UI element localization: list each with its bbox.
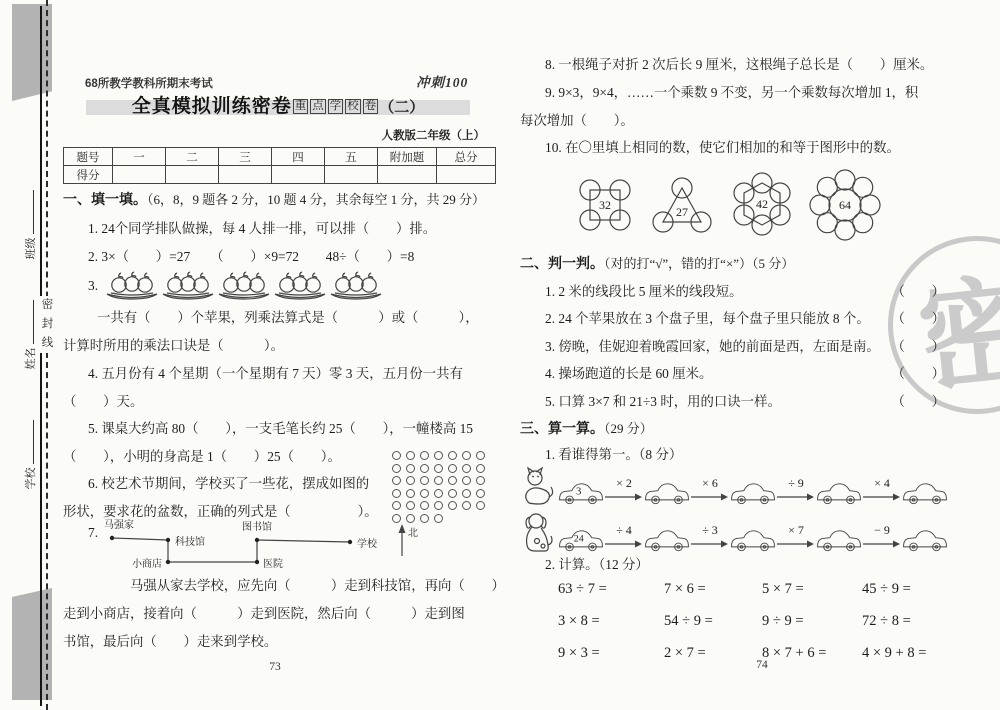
question-7-line3: 书馆，最后向（ ）走来到学校。 (63, 633, 277, 650)
chain-start-value: 24 (574, 534, 584, 545)
calc-item: 3 × 8 = (558, 613, 664, 645)
left-page-number: 73 (255, 661, 295, 673)
section1-title: 一、填一填。 (63, 191, 147, 207)
paper-title: 全真模拟训练密卷重点学校卷（二） (86, 91, 470, 118)
arrow-icon (605, 539, 643, 549)
title-boxed-char: 点 (310, 99, 326, 114)
title-boxed-char: 学 (328, 99, 344, 114)
score-empty-cell (219, 166, 272, 184)
title-main-text: 全真模拟训练密卷 (132, 96, 292, 117)
section1-heading: 一、填一填。（6，8，9 题各 2 分，10 题 4 分，其余每空 1 分，共 … (63, 190, 485, 209)
slogan-text: 冲刺100 (416, 71, 468, 91)
calc-item: 5 × 7 = (762, 581, 862, 613)
answer-bracket: （ ） (891, 281, 945, 300)
section2-title: 二、判一判。 (520, 255, 604, 271)
car-icon (816, 527, 862, 553)
seal-char: 密 (39, 296, 56, 315)
north-arrow-icon (399, 524, 406, 556)
judge-item-2: 2. 24 个苹果放在 3 个盘子里，每个盘子里只能放 8 个。（ ） (545, 308, 945, 327)
figure-circle: 64 (810, 170, 880, 240)
score-table: 题号 一 二 三 四 五 附加题 总分 得分 (63, 147, 496, 184)
question-6-line1: 6. 校艺术节期间，学校买了一些花，摆成如图的 (88, 475, 369, 492)
flower-pots-grid (392, 451, 490, 526)
calc-item: 45 ÷ 9 = (862, 581, 974, 613)
section3-title: 三、算一算。 (520, 420, 604, 436)
car-icon (902, 527, 948, 553)
exam-paper-scan: { "header": { "publisher": "68所教学教科所期末考试… (0, 0, 1000, 710)
car-icon (816, 480, 862, 506)
score-empty-cell (166, 166, 219, 184)
calc-item: 63 ÷ 7 = (558, 581, 664, 613)
car-icon: 3 (558, 480, 604, 506)
answer-bracket: （ ） (891, 308, 945, 327)
question-7-number: 7. (88, 524, 98, 541)
car-icon: 24 (558, 527, 604, 553)
title-suffix-text: （二） (379, 100, 424, 116)
score-empty-cell (325, 166, 378, 184)
section3-heading: 三、算一算。（29 分） (520, 419, 653, 438)
score-empty-cell (272, 166, 325, 184)
chain-op: ÷ 3 (691, 524, 729, 553)
seal-char: 封 (39, 315, 56, 334)
chain-op: ÷ 9 (777, 477, 815, 506)
op-label: − 9 (874, 524, 890, 536)
op-label: ÷ 4 (616, 524, 632, 536)
school-blank-line (24, 421, 34, 465)
score-empty-cell (378, 166, 437, 184)
score-header-cell: 题号 (64, 148, 113, 166)
map-science-hall-label: 科技馆 (175, 535, 205, 548)
section3-sub2: 2. 计算。（12 分） (545, 556, 649, 573)
map-library-label: 图书馆 (242, 520, 272, 533)
judge-text: 2. 24 个苹果放在 3 个盘子里，每个盘子里只能放 8 个。 (545, 308, 870, 327)
op-label: × 6 (702, 477, 718, 489)
class-field-label: 班级 (22, 175, 38, 275)
op-label: × 2 (616, 477, 632, 489)
section2-note: （对的打“√”，错的打“×”）（5 分） (604, 256, 794, 271)
question-4-line1: 4. 五月份有 4 个星期（一个星期有 7 天）零 3 天，五月份一共有 (88, 365, 463, 382)
name-blank-line (24, 301, 34, 345)
chain-op: − 9 (863, 524, 901, 553)
op-label: ÷ 9 (788, 477, 804, 489)
publisher-header: 68所教学教科所期末考试 (85, 75, 213, 91)
judge-item-3: 3. 傍晚，佳妮迎着晚霞回家，她的前面是西，左面是南。（ ） (545, 336, 945, 355)
chain-op: × 2 (605, 477, 643, 506)
score-header-cell: 一 (113, 148, 166, 166)
title-boxed-char: 重 (293, 99, 309, 114)
op-label: ÷ 3 (702, 524, 718, 536)
cat-icon (521, 466, 555, 506)
score-header-cell: 三 (219, 148, 272, 166)
chain-op: × 4 (863, 477, 901, 506)
right-page-number: 74 (742, 659, 782, 671)
calc-chain-2: 24 ÷ 4 ÷ 3 × 7 − 9 (521, 511, 949, 553)
judge-item-4: 4. 操场跑道的长是 60 厘米。（ ） (545, 363, 945, 382)
score-table-header-row: 题号 一 二 三 四 五 附加题 总分 (64, 148, 496, 166)
figure-square-value: 32 (599, 198, 611, 212)
judge-item-1: 1. 2 米的线段比 5 厘米的线段短。（ ） (545, 281, 945, 300)
question-1: 1. 24个同学排队做操，每 4 人排一排，可以排（ ）排。 (88, 220, 436, 237)
op-label: × 7 (788, 524, 804, 536)
question-5-line2: （ ），小明的身高是 1（ ）25（ ）。 (63, 448, 341, 465)
score-header-cell: 二 (166, 148, 219, 166)
arrow-icon (863, 539, 901, 549)
car-icon (644, 527, 690, 553)
answer-bracket: （ ） (891, 336, 945, 355)
car-icon (730, 527, 776, 553)
judge-text: 5. 口算 3×7 和 21÷3 时，用的口诀一样。 (545, 391, 781, 410)
apple-plates-illustration (106, 270, 382, 302)
school-field-label: 学校 (22, 405, 38, 505)
calc-item: 9 × 3 = (558, 645, 664, 677)
calc-item: 72 ÷ 8 = (862, 613, 974, 645)
question-10-figures: 32 27 42 64 (572, 163, 880, 247)
calc-item: 54 ÷ 9 = (664, 613, 762, 645)
calc-chain-1: 3 × 2 × 6 ÷ 9 × 4 (521, 466, 949, 506)
seal-line-caption: 密 封 线 (39, 296, 56, 353)
score-header-cell: 总分 (437, 148, 496, 166)
figure-circle-value: 64 (839, 198, 851, 212)
figure-hexagon: 42 (727, 163, 797, 247)
seal-solid-line (40, 6, 42, 706)
class-label-text: 班级 (25, 238, 37, 260)
car-icon (644, 480, 690, 506)
arrow-icon (691, 539, 729, 549)
map-home-label: 马强家 (104, 519, 134, 531)
calc-item: 9 ÷ 9 = (762, 613, 862, 645)
map-school-label: 学校 (357, 537, 378, 550)
chain-start-value: 3 (576, 486, 581, 498)
car-icon (902, 480, 948, 506)
seal-dashed-line (46, 0, 48, 710)
question-2: 2. 3×（ ）=27 （ ）×9=72 48÷（ ）=8 (88, 248, 414, 265)
figure-triangle: 27 (651, 175, 713, 235)
figure-square: 32 (572, 173, 638, 237)
calc-item: 7 × 6 = (664, 581, 762, 613)
name-field-label: 姓名 (22, 285, 38, 385)
class-blank-line (24, 191, 34, 235)
question-9-line2: 每次增加（ ）。 (520, 112, 634, 129)
car-icon (730, 480, 776, 506)
calc-item: 4 × 9 + 8 = (862, 645, 974, 677)
title-boxed-char: 校 (345, 99, 361, 114)
edition-label: 人教版二年级（上） (300, 127, 485, 143)
question-3-number: 3. (88, 277, 98, 294)
question-7-line2: 走到小商店，接着向（ ）走到医院，然后向（ ）走到图 (63, 605, 465, 622)
score-header-cell: 附加题 (378, 148, 437, 166)
map-hospital-label: 医院 (263, 557, 283, 570)
question-10: 10. 在〇里填上相同的数，使它们相加的和等于图形中的数。 (545, 139, 900, 156)
route-map-diagram: 马强家 科技馆 小商店 医院 图书馆 学校 北 (102, 516, 422, 570)
judge-text: 1. 2 米的线段比 5 厘米的线段短。 (545, 281, 743, 300)
map-shop-label: 小商店 (132, 557, 162, 570)
chain-op: × 7 (777, 524, 815, 553)
section2-heading: 二、判一判。（对的打“√”，错的打“×”）（5 分） (520, 254, 794, 273)
question-7-line1: 马强从家去学校，应先向（ ）走到科技馆，再向（ ） (130, 577, 505, 594)
answer-bracket: （ ） (891, 363, 945, 382)
figure-triangle-value: 27 (676, 205, 688, 219)
question-4-line2: （ ）天。 (63, 393, 143, 410)
op-label: × 4 (874, 477, 890, 489)
question-3-line1: 一共有（ ）个苹果，列乘法算式是（ ）或（ ）， (97, 309, 479, 326)
judge-text: 4. 操场跑道的长是 60 厘米。 (545, 363, 712, 382)
score-header-cell: 五 (325, 148, 378, 166)
question-5-line1: 5. 课桌大约高 80（ ），一支毛笔长约 25（ ），一幢楼高 15 (88, 420, 473, 437)
question-3-line2: 计算时所用的乘法口诀是（ ）。 (63, 337, 284, 354)
seal-char: 线 (39, 334, 56, 353)
question-9-line1: 9. 9×3，9×4，……一个乘数 9 不变，另一个乘数每次增加 1，积 (545, 84, 918, 101)
chain-op: ÷ 4 (605, 524, 643, 553)
judge-text: 3. 傍晚，佳妮迎着晚霞回家，她的前面是西，左面是南。 (545, 336, 880, 355)
figure-hexagon-value: 42 (756, 197, 768, 211)
score-header-cell: 四 (272, 148, 325, 166)
question-8: 8. 一根绳子对折 2 次后长 9 厘米，这根绳子总长是（ ）厘米。 (545, 56, 933, 73)
arrow-icon (605, 492, 643, 502)
section1-note: （6，8，9 题各 2 分，10 题 4 分，其余每空 1 分，共 29 分） (147, 192, 485, 207)
chain-op: × 6 (691, 477, 729, 506)
dog-icon (521, 511, 555, 553)
score-empty-cell (113, 166, 166, 184)
map-north-label: 北 (408, 527, 418, 539)
school-label-text: 学校 (25, 468, 37, 490)
score-row-label: 得分 (64, 166, 113, 184)
score-empty-cell (437, 166, 496, 184)
judge-item-5: 5. 口算 3×7 和 21÷3 时，用的口诀一样。（ ） (545, 391, 945, 410)
arrow-icon (691, 492, 729, 502)
title-boxed-char: 卷 (363, 99, 379, 114)
arrow-icon (863, 492, 901, 502)
arrow-icon (777, 539, 815, 549)
arrow-icon (777, 492, 815, 502)
name-label-text: 姓名 (25, 348, 37, 370)
section3-sub1: 1. 看谁得第一。（8 分） (545, 446, 682, 463)
score-table-score-row: 得分 (64, 166, 496, 184)
answer-bracket: （ ） (891, 391, 945, 410)
section3-note: （29 分） (604, 421, 653, 436)
